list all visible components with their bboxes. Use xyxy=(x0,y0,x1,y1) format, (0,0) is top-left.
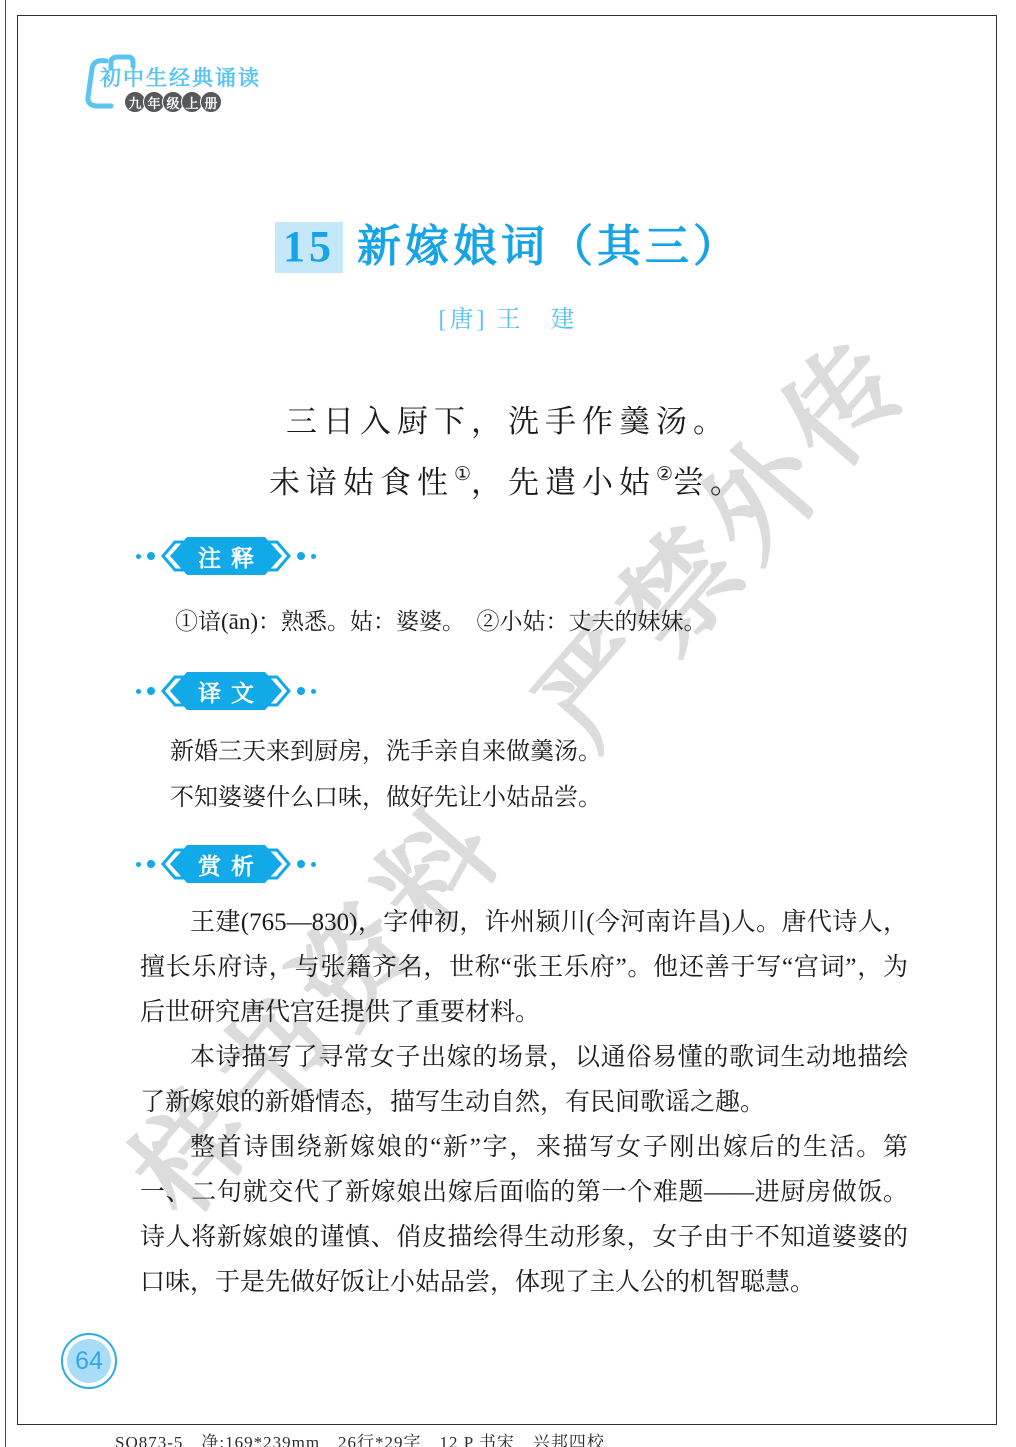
analysis-paragraph: 整首诗围绕新嫁娘的“新”字，来描写女子刚出嫁后的生活。第一、二句就交代了新嫁娘出… xyxy=(140,1125,908,1305)
author-line: [唐] 王 建 xyxy=(0,299,1016,334)
section-badge-label: 译文 xyxy=(170,672,282,710)
poem-line-2-text: ，先遣小姑 xyxy=(471,465,656,500)
badge-dot xyxy=(297,552,305,560)
section-badge-analysis: 赏析 xyxy=(133,844,319,884)
series-logo: 初中生经典诵读 九 年 级 上 册 xyxy=(78,44,398,134)
badge-dot xyxy=(297,860,305,868)
badge-dot xyxy=(311,689,316,694)
badge-dot xyxy=(136,862,141,867)
volume-badge: 九 年 级 上 册 xyxy=(127,91,222,113)
volume-badge-char: 册 xyxy=(200,91,222,113)
lesson-title: 15新嫁娘词（其三） xyxy=(0,210,1016,274)
footnote-marker-2: ② xyxy=(656,464,673,485)
analysis-body: 王建(765—830)，字仲初，许州颍川(今河南许昌)人。唐代诗人，擅长乐府诗，… xyxy=(140,900,908,1305)
poem-line-2-text: 尝。 xyxy=(673,465,747,500)
footer-imprint: SQ873-5 净:169*239mm 26行*29字 12 P 书宋 兴邦四校 xyxy=(115,1428,605,1447)
badge-dot xyxy=(311,862,316,867)
translation-line-1: 新婚三天来到厨房，洗手亲自来做羹汤。 xyxy=(170,731,602,766)
badge-dot xyxy=(147,860,155,868)
analysis-paragraph: 王建(765—830)，字仲初，许州颍川(今河南许昌)人。唐代诗人，擅长乐府诗，… xyxy=(140,900,908,1035)
page-number-badge: 64 xyxy=(61,1333,117,1389)
analysis-paragraph: 本诗描写了寻常女子出嫁的场景，以通俗易懂的歌词生动地描绘了新嫁娘的新婚情态，描写… xyxy=(140,1035,908,1125)
poem-line-2: 未谙姑食性①，先遣小姑②尝。 xyxy=(0,457,1016,502)
section-badge-translation: 译文 xyxy=(133,671,319,711)
series-title: 初中生经典诵读 xyxy=(100,62,261,92)
notes-text: ①谙(ān)：熟悉。姑：婆婆。 ②小姑：丈夫的妹妹。 xyxy=(175,603,707,636)
translation-line-2: 不知婆婆什么口味，做好先让小姑品尝。 xyxy=(170,777,602,812)
footnote-marker-1: ① xyxy=(454,464,471,485)
page-number: 64 xyxy=(67,1339,111,1383)
lesson-title-text: 新嫁娘词（其三） xyxy=(357,222,741,271)
badge-dot xyxy=(147,687,155,695)
section-badge-notes: 注释 xyxy=(133,536,319,576)
lesson-number: 15 xyxy=(275,222,343,273)
poem-line-1: 三日入厨下，洗手作羹汤。 xyxy=(0,396,1016,441)
poem-line-2-text: 未谙姑食性 xyxy=(269,465,454,500)
badge-dot xyxy=(147,552,155,560)
section-badge-label: 注释 xyxy=(170,537,282,575)
badge-dot xyxy=(136,554,141,559)
badge-dot xyxy=(297,687,305,695)
badge-dot xyxy=(136,689,141,694)
badge-dot xyxy=(311,554,316,559)
section-badge-label: 赏析 xyxy=(170,845,282,883)
